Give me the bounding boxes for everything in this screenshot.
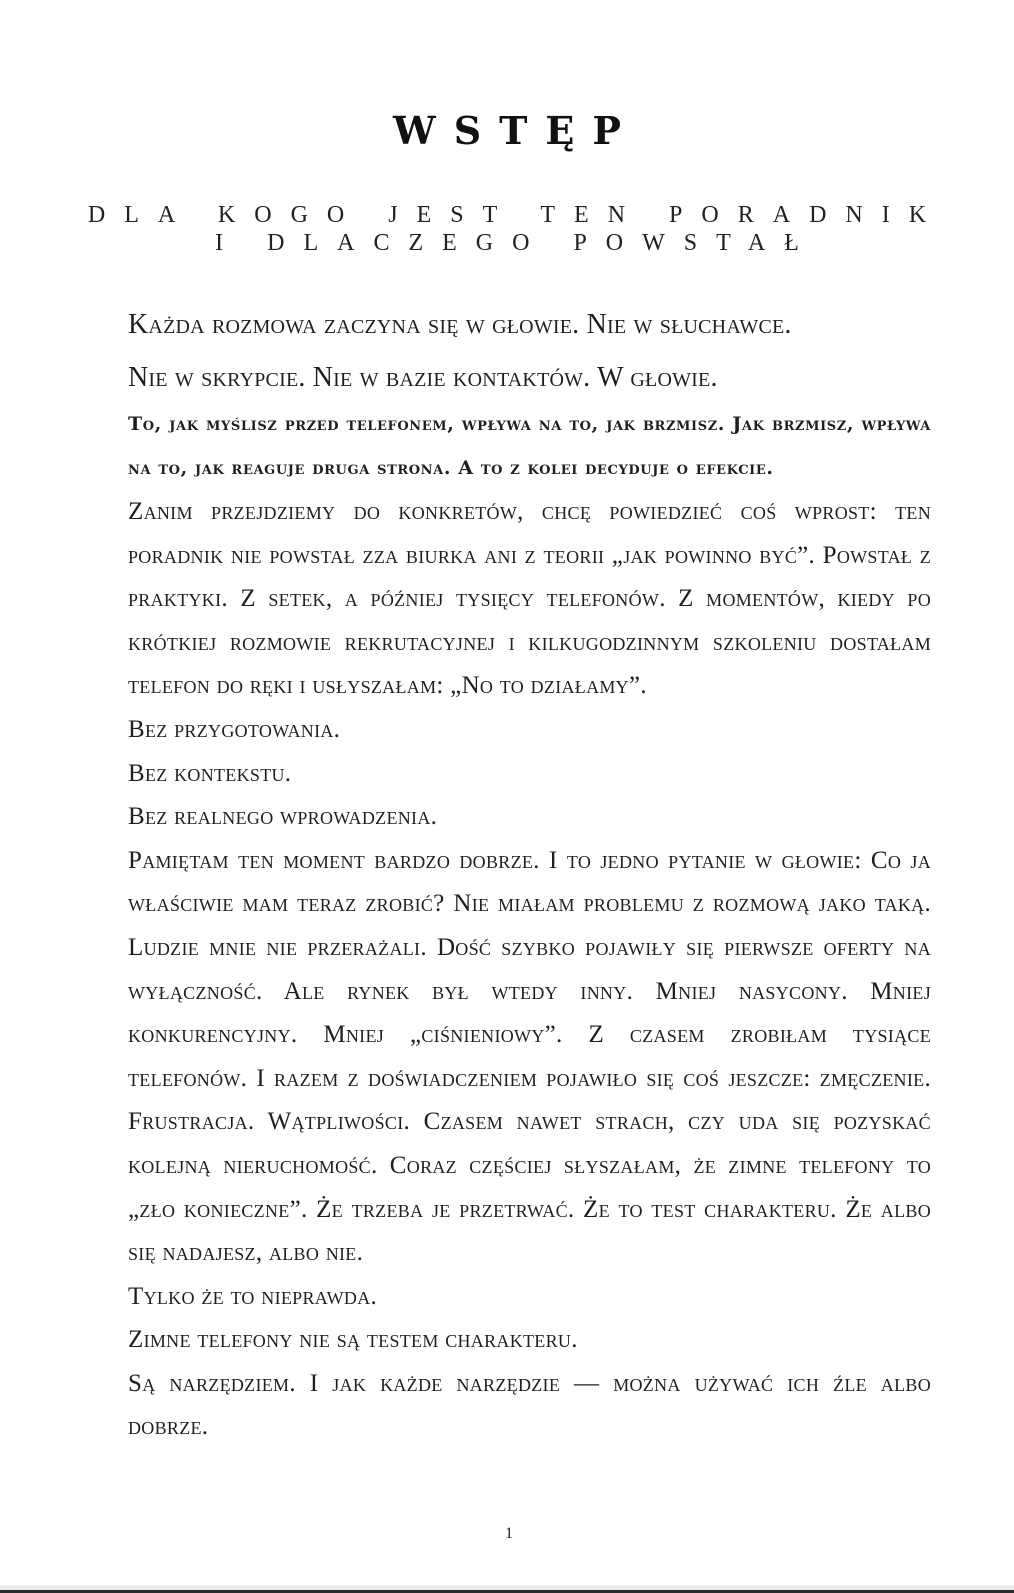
emphasis-paragraph: To, jak myślisz przed telefonem, wpływa … bbox=[128, 402, 931, 490]
paragraph: Zanim przejdziemy do konkretów, chcę pow… bbox=[128, 490, 931, 708]
subtitle-line-2: I DLACZEGO POWSTAŁ bbox=[215, 230, 818, 256]
lead-line-2: Nie w skrypcie. Nie w bazie kontaktów. W… bbox=[128, 351, 931, 404]
paragraph: Bez realnego wprowadzenia. bbox=[128, 795, 931, 839]
paragraph: Tylko że to nieprawda. bbox=[128, 1275, 931, 1319]
page-number: 1 bbox=[0, 1525, 1014, 1543]
paragraph: Pamiętam ten moment bardzo dobrze. I to … bbox=[128, 839, 931, 1275]
chapter-body: Każda rozmowa zaczyna się w głowie. Nie … bbox=[128, 298, 931, 1449]
chapter-subtitle: DLA KOGO JEST TEN PORADNIK I DLACZEGO PO… bbox=[0, 201, 1014, 257]
viewer-bottom-edge bbox=[0, 1585, 1014, 1593]
paragraph: Są narzędziem. I jak każde narzędzie — m… bbox=[128, 1362, 931, 1449]
book-page: WSTĘP DLA KOGO JEST TEN PORADNIK I DLACZ… bbox=[0, 0, 1014, 1585]
paragraph: Bez przygotowania. bbox=[128, 708, 931, 752]
chapter-title: WSTĘP bbox=[0, 108, 1014, 153]
paragraph: Bez kontekstu. bbox=[128, 752, 931, 796]
subtitle-line-1: DLA KOGO JEST TEN PORADNIK bbox=[88, 202, 945, 228]
paragraph: Zimne telefony nie są testem charakteru. bbox=[128, 1318, 931, 1362]
lead-line-1: Każda rozmowa zaczyna się w głowie. Nie … bbox=[128, 298, 931, 351]
